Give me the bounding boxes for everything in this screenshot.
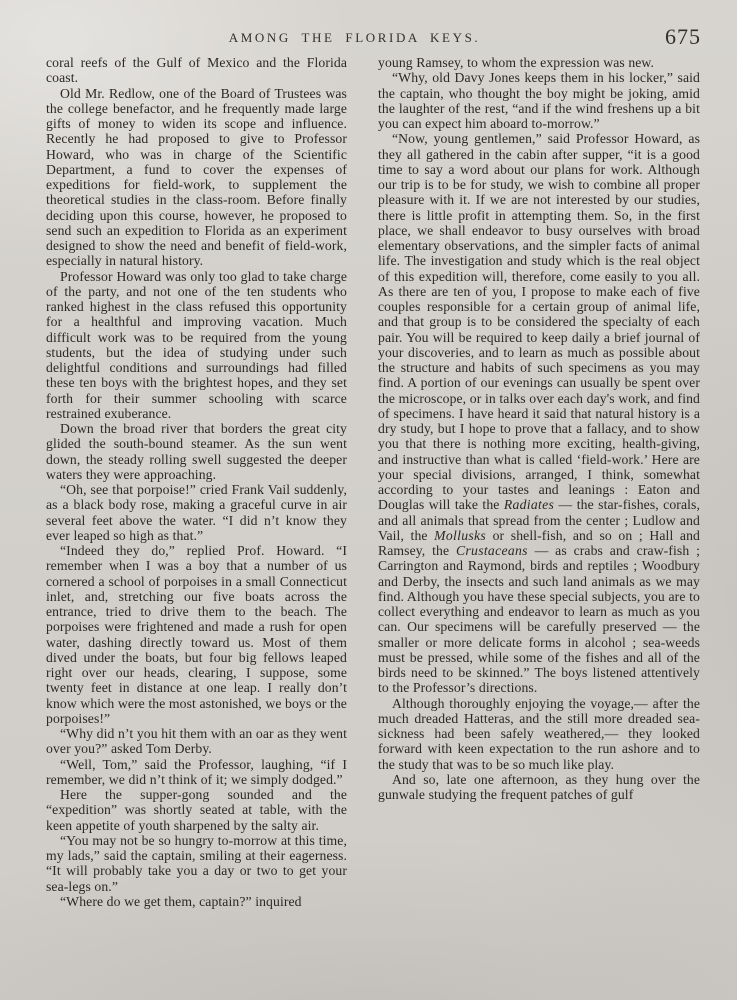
paragraph: Although thoroughly enjoying the voyage,… bbox=[378, 696, 700, 772]
paragraph: “Well, Tom,” said the Professor, laughin… bbox=[46, 757, 347, 788]
page-number: 675 bbox=[665, 24, 701, 50]
paragraph: coral reefs of the Gulf of Mexico and th… bbox=[46, 55, 347, 86]
running-head: AMONG THE FLORIDA KEYS. bbox=[0, 30, 723, 46]
paragraph: “Indeed they do,” replied Prof. Howard. … bbox=[46, 543, 347, 726]
paragraph: And so, late one afternoon, as they hung… bbox=[378, 772, 700, 803]
paragraph: “Where do we get them, captain?” inquire… bbox=[46, 894, 347, 909]
paragraph: “Now, young gentlemen,” said Professor H… bbox=[378, 131, 700, 695]
text-columns: coral reefs of the Gulf of Mexico and th… bbox=[46, 55, 700, 909]
paragraph: Professor Howard was only too glad to ta… bbox=[46, 269, 347, 422]
column-right: young Ramsey, to whom the expression was… bbox=[378, 55, 700, 909]
paragraph: “Oh, see that porpoise!” cried Frank Vai… bbox=[46, 482, 347, 543]
column-left: coral reefs of the Gulf of Mexico and th… bbox=[46, 55, 347, 909]
paragraph: Old Mr. Redlow, one of the Board of Trus… bbox=[46, 86, 347, 269]
paragraph: “Why, old Davy Jones keeps them in his l… bbox=[378, 70, 700, 131]
book-page: AMONG THE FLORIDA KEYS. 675 coral reefs … bbox=[0, 0, 737, 1000]
paragraph: “You may not be so hungry to-morrow at t… bbox=[46, 833, 347, 894]
paragraph: “Why did n’t you hit them with an oar as… bbox=[46, 726, 347, 757]
paragraph: Down the broad river that borders the gr… bbox=[46, 421, 347, 482]
paragraph: Here the supper-gong sounded and the “ex… bbox=[46, 787, 347, 833]
paragraph: young Ramsey, to whom the expression was… bbox=[378, 55, 700, 70]
